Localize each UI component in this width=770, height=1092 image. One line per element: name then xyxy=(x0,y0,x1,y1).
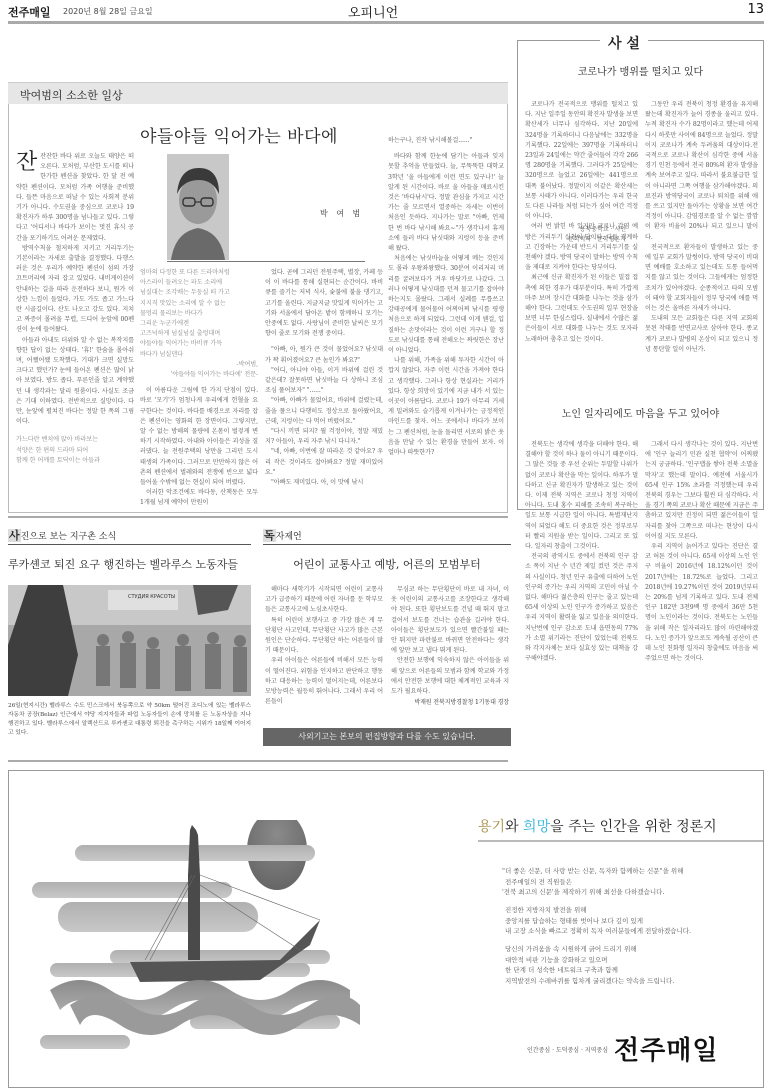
reader-column-col-1: 해마다 새학기가 시작되면 어린이 교통사고가 급증하기 때문에 어린 자녀를 … xyxy=(265,585,383,707)
editorial-title-1: 코로나가 맹위를 떨치고 있다 xyxy=(517,63,764,78)
editorial-title-2: 노인 일자리에도 마음을 두고 있어야 xyxy=(517,405,764,420)
column-name: 박여범의 소소한 일상 xyxy=(20,87,123,103)
editorial-2-col-1: 전북도는 생각에 생각을 더해야 한다. 해결해야 할 것이 하나 둘이 아니기… xyxy=(525,440,638,664)
ship-illustration xyxy=(20,820,360,1060)
editorial-label: 사 설 xyxy=(600,33,648,53)
dropcap: 잔 xyxy=(16,152,37,174)
ad-slogan: 인간중심 · 도덕중심 · 지역중심 xyxy=(527,1045,608,1054)
ad-paragraph-1: "더 좋은 신문, 더 사랑 받는 신문, 독자와 함께하는 신문"을 위해 전… xyxy=(502,866,764,898)
photo-rule xyxy=(167,261,365,262)
svg-text:СТУДИЯ КРАСОТЫ: СТУДИЯ КРАСОТЫ xyxy=(128,594,175,600)
section-divider xyxy=(8,516,508,518)
world-news-title: 루카셴코 퇴진 요구 행진하는 벨라루스 노동자들 xyxy=(8,556,268,572)
author-portrait xyxy=(167,154,229,260)
reader-column-title: 어린이 교통사고 예방, 어른의 모범부터 xyxy=(263,556,511,572)
column-name-bar: 박여범의 소소한 일상 xyxy=(8,82,508,104)
page-number: 13 xyxy=(747,2,764,17)
issue-date: 2020년 8월 28일 금요일 xyxy=(63,6,153,17)
ad-paragraph-3: 당신의 가려움을 속 시원하게 긁어 드리기 위해 대안적 비판 기능을 강화하… xyxy=(505,944,767,986)
essay-col-1: 잔잔잔한 바다 위로 오늘도 태양은 떠오른다. 모처럼, 부산한 도시를 떠나… xyxy=(16,152,134,466)
editorial-2-col-2: 그래서 다시 생각나는 것이 있다. 지난번에 '인구 늘리기 민관 실천 협약… xyxy=(645,440,758,664)
ad-headline: 용기와 희망을 주는 인간을 위한 정론지 xyxy=(478,816,717,836)
essay-col-4: 하는구나, 진작 낚시해볼걸......" 바다와 함께 한눈에 담기는 아들과… xyxy=(388,136,504,458)
editorial-1-col-2: 그동안 우리 전북이 청정 환경을 유지해왔는데 확진자가 늘어 경종을 울리고… xyxy=(645,100,758,355)
header-capital: 사 xyxy=(8,529,21,542)
disclaimer-banner: 사외기고는 본보의 편집방향과 다를 수도 있습니다. xyxy=(263,728,511,746)
world-news-header: 사진으로 보는 지구촌 소식 xyxy=(8,527,251,545)
ad-logo: 전주매일 xyxy=(614,1030,718,1067)
essay-col-2: 엄마의 다정한 또 다른 드라마처럼 아스라이 들려오는 파도 소리에 넘실대는… xyxy=(140,268,258,509)
reader-column-col-2: 무심코 하는 무단횡단이 바로 내 자녀, 이웃 어린이의 교통사고를 조장한다… xyxy=(391,585,509,708)
section-title: 오피니언 xyxy=(348,2,398,21)
section-divider xyxy=(8,760,508,762)
essay-col-3: 었다. 곧에 그리던 전원주택, 별장, 카페 등이 이 바다를 통해 실현되는… xyxy=(265,268,383,488)
essay-title: 야들야들 익어가는 바다에 xyxy=(140,122,338,147)
byline: 박재원 전북지방경찰청 1기동대 경장 xyxy=(391,698,509,708)
author-name: 박 여 범 xyxy=(320,208,363,219)
masthead-rule xyxy=(8,21,764,24)
ad-paragraph-2: 진정한 지방자치 발전을 위해 중앙지를 답습하는 형태를 벗어나 보다 깊이 … xyxy=(505,905,767,937)
belarus-protest-photo: СТУДИЯ КРАСОТЫ xyxy=(8,585,251,696)
newspaper-logo: 전주매일 xyxy=(8,4,51,20)
ad-rule xyxy=(478,840,763,842)
editorial-1-col-1: 코로나가 전국적으로 맹위를 떨치고 있다. 지난 일주일 동안의 확진자 발생… xyxy=(525,100,638,345)
reader-column-header: 독자제언 xyxy=(263,527,511,545)
header-capital: 독 xyxy=(263,529,276,542)
photo-caption: 26일(현지시간) 벨라루스 수도 민스크에서 북동쪽으로 약 50km 떨어진… xyxy=(8,702,251,738)
